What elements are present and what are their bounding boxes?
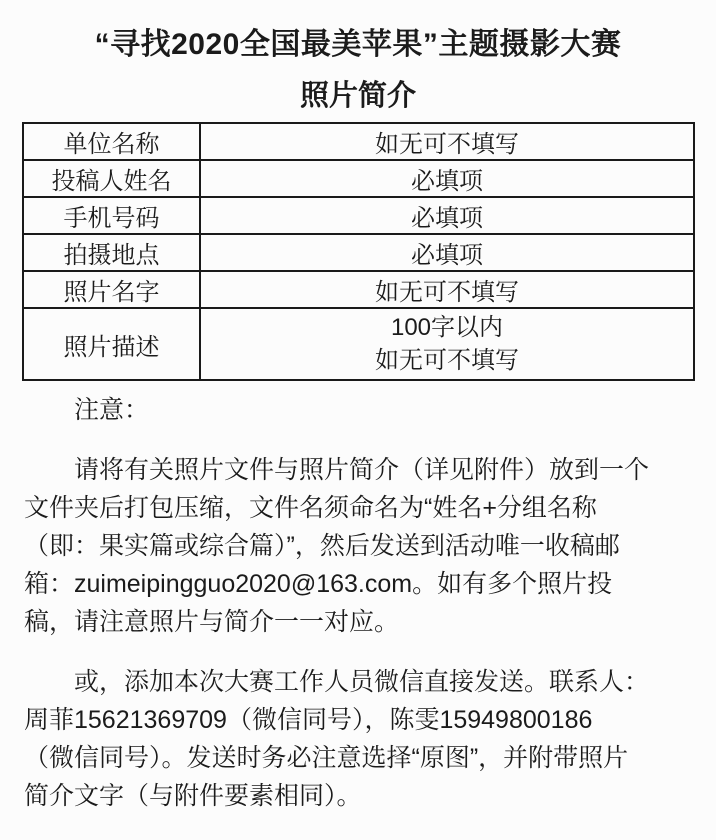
row-label-cell: 投稿人姓名	[23, 160, 200, 197]
row-value-line: 如无可不填写	[205, 344, 689, 377]
row-label-cell: 照片名字	[23, 271, 200, 308]
table-row: 照片描述 100字以内 如无可不填写	[23, 308, 694, 380]
page-subtitle: 照片简介	[0, 79, 716, 113]
row-value-cell: 100字以内 如无可不填写	[200, 308, 694, 380]
row-label-cell: 单位名称	[23, 123, 200, 160]
row-value-cell: 必填项	[200, 160, 694, 197]
row-value-cell: 如无可不填写	[200, 123, 694, 160]
photo-info-table: 单位名称 如无可不填写 投稿人姓名 必填项 手机号码 必填项 拍摄地点 必填项 …	[22, 122, 695, 381]
notes-heading: 注意：	[24, 391, 692, 429]
note-line: （微信同号）。发送时务必注意选择“原图”，并附带照片	[24, 739, 692, 777]
note-line: 稿，请注意照片与简介一一对应。	[24, 603, 692, 641]
note-line: （即：果实篇或综合篇）”，然后发送到活动唯一收稿邮	[24, 527, 692, 565]
row-value-cell: 如无可不填写	[200, 271, 694, 308]
table-row: 照片名字 如无可不填写	[23, 271, 694, 308]
row-value-cell: 必填项	[200, 234, 694, 271]
table-row: 投稿人姓名 必填项	[23, 160, 694, 197]
document-page: “寻找2020全国最美苹果”主题摄影大赛 照片简介 单位名称 如无可不填写 投稿…	[0, 0, 716, 840]
table-row: 手机号码 必填项	[23, 197, 694, 234]
note-paragraph: 请将有关照片文件与照片简介（详见附件）放到一个 文件夹后打包压缩，文件名须命名为…	[24, 451, 692, 641]
page-title: “寻找2020全国最美苹果”主题摄影大赛	[0, 26, 716, 64]
row-label-cell: 手机号码	[23, 197, 200, 234]
row-value-cell: 必填项	[200, 197, 694, 234]
note-line: 或，添加本次大赛工作人员微信直接发送。联系人：	[24, 663, 692, 701]
note-paragraph: 或，添加本次大赛工作人员微信直接发送。联系人： 周菲15621369709（微信…	[24, 663, 692, 815]
row-value-line: 100字以内	[205, 311, 689, 344]
note-line: 简介文字（与附件要素相同）。	[24, 777, 692, 815]
note-line: 箱：zuimeipingguo2020@163.com。如有多个照片投	[24, 565, 692, 603]
row-label-cell: 拍摄地点	[23, 234, 200, 271]
notes-section: 注意： 请将有关照片文件与照片简介（详见附件）放到一个 文件夹后打包压缩，文件名…	[24, 391, 692, 815]
note-line: 周菲15621369709（微信同号），陈雯15949800186	[24, 701, 692, 739]
table-row: 拍摄地点 必填项	[23, 234, 694, 271]
row-label-cell: 照片描述	[23, 308, 200, 380]
table-row: 单位名称 如无可不填写	[23, 123, 694, 160]
note-line: 文件夹后打包压缩，文件名须命名为“姓名+分组名称	[24, 489, 692, 527]
note-line: 请将有关照片文件与照片简介（详见附件）放到一个	[24, 451, 692, 489]
